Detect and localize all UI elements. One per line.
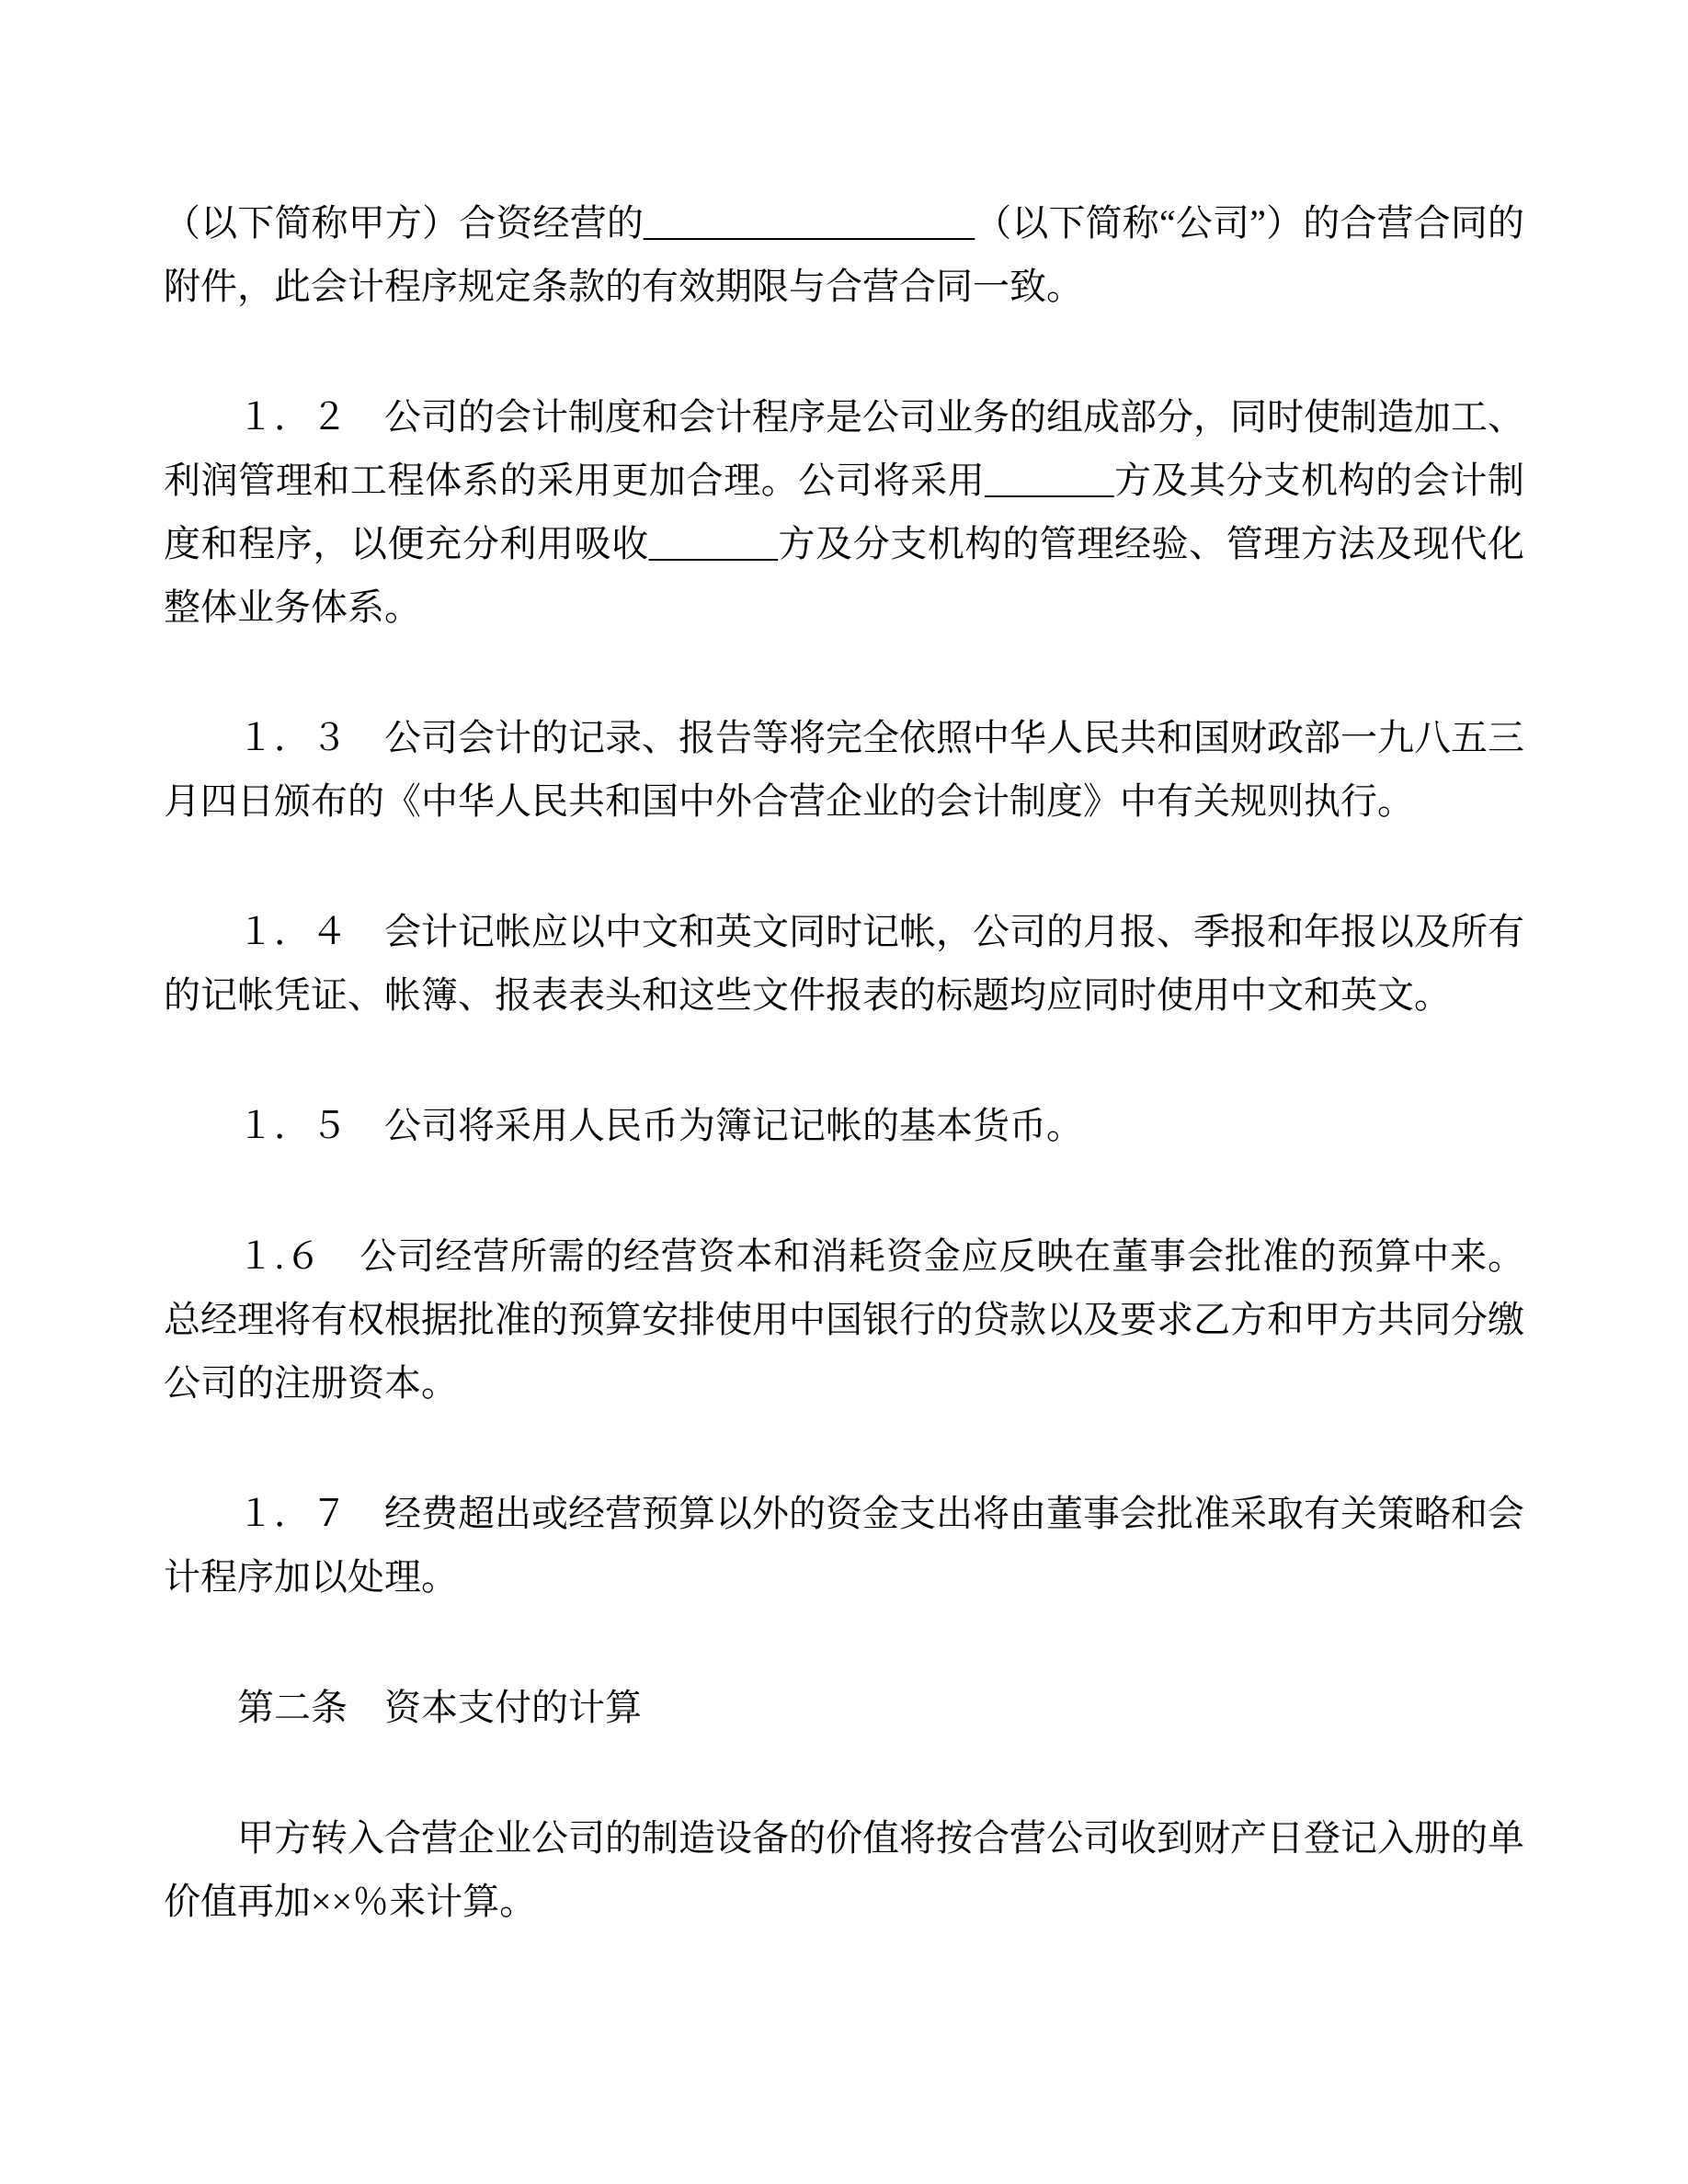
article-2-heading: 第二条 资本支付的计算 [164, 1676, 1524, 1739]
clause-1-4-paragraph: １．４ 会计记帐应以中文和英文同时记帐，公司的月报、季报和年报以及所有的记帐凭证… [164, 900, 1524, 1027]
contract-document-page: （以下简称甲方）合资经营的__________________（以下简称“公司”… [0, 0, 1688, 2184]
document-text-block: （以下简称甲方）合资经营的__________________（以下简称“公司”… [164, 191, 1524, 1933]
article-2-body-paragraph: 甲方转入合营企业公司的制造设备的价值将按合营公司收到财产日登记入册的单价值再加×… [164, 1806, 1524, 1933]
clause-continuation-paragraph: （以下简称甲方）合资经营的__________________（以下简称“公司”… [164, 191, 1524, 318]
clause-1-5-paragraph: １．５ 公司将采用人民币为簿记记帐的基本货币。 [164, 1094, 1524, 1157]
clause-1-2-paragraph: １．２ 公司的会计制度和会计程序是公司业务的组成部分，同时使制造加工、利润管理和… [164, 385, 1524, 639]
clause-1-3-paragraph: １．３ 公司会计的记录、报告等将完全依照中华人民共和国财政部一九八五三月四日颁布… [164, 706, 1524, 833]
clause-1-7-paragraph: １．７ 经费超出或经营预算以外的资金支出将由董事会批准采取有关策略和会计程序加以… [164, 1482, 1524, 1609]
clause-1-6-paragraph: １.６ 公司经营所需的经营资本和消耗资金应反映在董事会批准的预算中来。总经理将有… [164, 1224, 1524, 1415]
